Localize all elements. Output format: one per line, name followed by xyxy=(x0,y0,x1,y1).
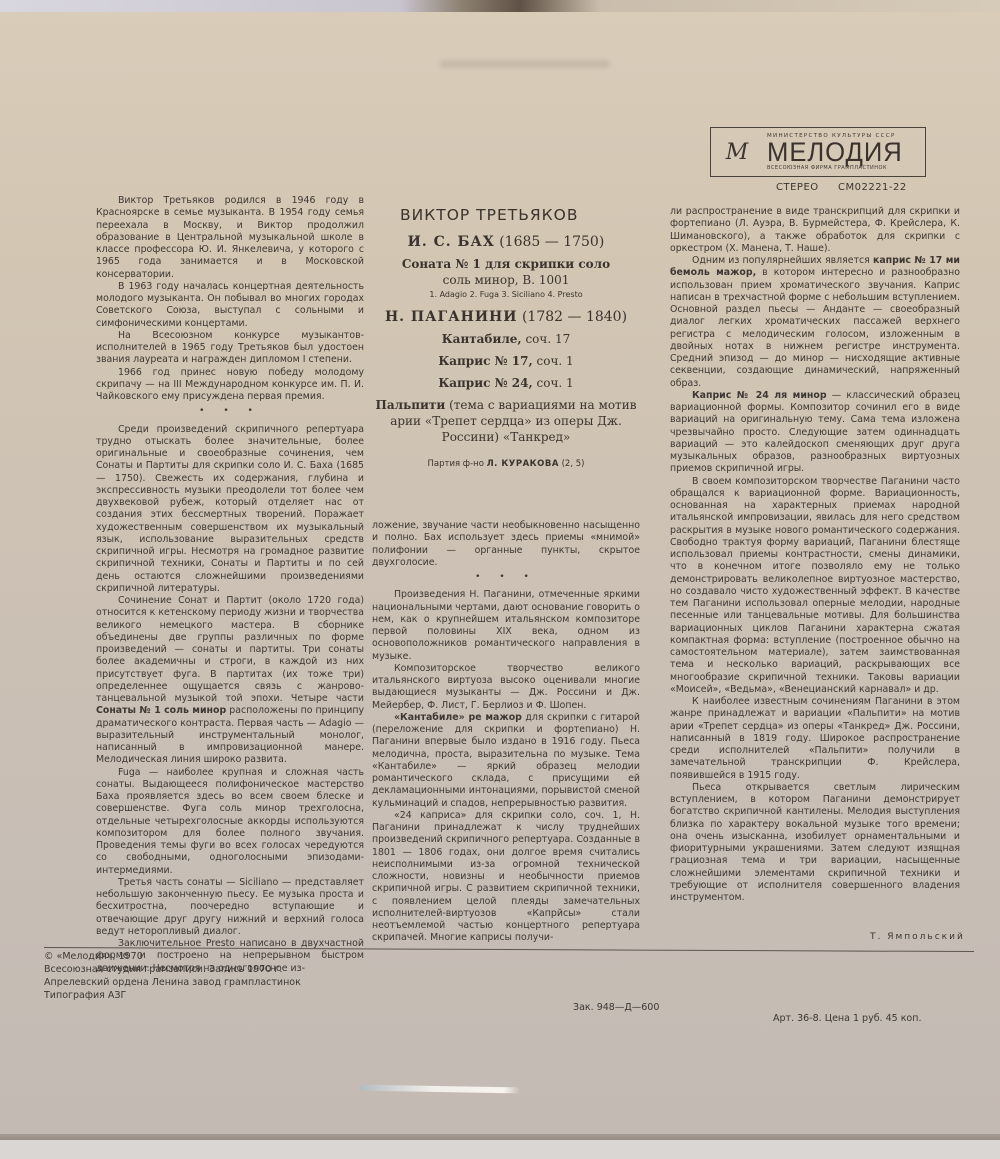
program-block: ВИКТОР ТРЕТЬЯКОВ И. С. БАХ (1685 — 1750)… xyxy=(372,196,640,469)
plant-credit: Апрелевский ордена Ленина завод грамплас… xyxy=(44,976,301,989)
studio-credit: Всесоюзная студия грамзаписи. Запись 197… xyxy=(44,963,301,976)
stereo-label: СТЕРЕО xyxy=(776,182,819,193)
catalog-number: СМ02221-22 xyxy=(838,182,907,193)
composer-name: Н. ПАГАНИНИ xyxy=(385,309,518,325)
paganini-work-palpiti: Пальпити (тема с вариациями на мотив ари… xyxy=(372,397,640,445)
notes-text: в котором интересно и разнообразно испол… xyxy=(670,267,960,388)
notes-paragraph: Композиторское творчество великого италь… xyxy=(372,663,640,712)
notes-text: для скрипки с гитарой (переложение для с… xyxy=(372,712,640,809)
work-title: Пальпити xyxy=(376,398,446,412)
bio-paragraph: В 1963 году началась концертная деятельн… xyxy=(96,281,364,330)
notes-paragraph: Каприс № 24 ля минор — классический обра… xyxy=(670,390,960,476)
notes-emphasis: Каприс № 24 ля минор xyxy=(692,390,827,401)
separator-dots: • • • xyxy=(96,405,364,417)
notes-emphasis: «Кантабиле» ре мажор xyxy=(394,712,522,723)
column-right: ли распространение в виде транскрипций д… xyxy=(670,206,960,904)
notes-paragraph: К наиболее известным сочинениям Паганини… xyxy=(670,696,960,782)
column-middle: ложение, звучание части необыкновенно на… xyxy=(372,520,640,945)
bio-paragraph: На Всесоюзном конкурсе музыкантов-исполн… xyxy=(96,330,364,367)
composer-name: И. С. БАХ xyxy=(408,234,495,250)
work-title: Каприс № 24, xyxy=(438,376,532,390)
background-bottom xyxy=(0,1140,1000,1159)
bio-paragraph: Виктор Третьяков родился в 1946 году в К… xyxy=(96,195,364,281)
composer-years: (1685 — 1750) xyxy=(499,234,604,250)
paper-stain xyxy=(440,60,610,68)
bach-movements: 1. Adagio 2. Fuga 3. Siciliano 4. Presto xyxy=(372,290,640,299)
printer-credit: Типография АЗГ xyxy=(44,989,301,1002)
melodiya-logo: M Министерство культуры СССР МЕЛОДИЯ Все… xyxy=(710,127,926,177)
column-left: Виктор Третьяков родился в 1946 году в К… xyxy=(96,195,364,975)
work-opus: соч. 1 xyxy=(537,354,574,368)
notes-paragraph: Сочинение Сонат и Партит (около 1720 год… xyxy=(96,595,364,767)
notes-paragraph: ли распространение в виде транскрипций д… xyxy=(670,206,960,255)
notes-emphasis: Сонаты № 1 соль минор xyxy=(96,705,226,716)
work-title: Соната № 1 для скрипки соло xyxy=(402,257,610,271)
notes-text: Одним из популярнейших является xyxy=(692,255,870,266)
author-signature: Т. Ямпольский xyxy=(870,932,965,942)
piano-credit-tracks: (2, 5) xyxy=(562,459,585,469)
logo-name: МЕЛОДИЯ xyxy=(767,139,913,165)
separator-dots: • • • xyxy=(372,571,640,583)
paganini-work: Кантабиле, соч. 17 xyxy=(372,331,640,347)
notes-paragraph: «Кантабиле» ре мажор для скрипки с гитар… xyxy=(372,712,640,810)
composer-bach: И. С. БАХ (1685 — 1750) xyxy=(372,234,640,250)
notes-paragraph: «24 каприса» для скрипки соло, соч. 1, Н… xyxy=(372,810,640,945)
price-label: Арт. 36-8. Цена 1 руб. 45 коп. xyxy=(773,1013,921,1024)
notes-paragraph: Пьеса открывается светлым лирическим вст… xyxy=(670,782,960,905)
notes-paragraph: Третья часть сонаты — Siciliano — предст… xyxy=(96,877,364,938)
work-title: Кантабиле, xyxy=(442,332,522,346)
order-number: Зак. 948—Д—600 xyxy=(573,1002,659,1013)
notes-paragraph: Произведения Н. Паганини, отмеченные ярк… xyxy=(372,589,640,663)
melodiya-emblem-icon: M xyxy=(711,128,763,176)
work-opus: соч. 17 xyxy=(525,332,570,346)
bio-paragraph: 1966 год принес новую победу молодому ск… xyxy=(96,367,364,404)
notes-paragraph: Одним из популярнейших является каприс №… xyxy=(670,255,960,390)
composer-years: (1782 — 1840) xyxy=(522,309,627,325)
work-title: Каприс № 17, xyxy=(438,354,532,368)
piano-credit-label: Партия ф-но xyxy=(428,459,484,469)
notes-paragraph: Fuga — наиболее крупная и сложная часть … xyxy=(96,767,364,877)
work-key: соль минор, В. 1001 xyxy=(443,273,570,287)
piano-credit: Партия ф-но Л. КУРАКОВА (2, 5) xyxy=(372,459,640,469)
imprint-block: © «Мелодия», 1970 Всесоюзная студия грам… xyxy=(44,950,301,1002)
performer-name: ВИКТОР ТРЕТЬЯКОВ xyxy=(372,206,640,224)
copyright: © «Мелодия», 1970 xyxy=(44,950,301,963)
bach-work: Соната № 1 для скрипки соло соль минор, … xyxy=(372,256,640,288)
notes-paragraph: Среди произведений скрипичного репертуар… xyxy=(96,424,364,596)
work-opus: соч. 1 xyxy=(537,376,574,390)
composer-paganini: Н. ПАГАНИНИ (1782 — 1840) xyxy=(372,309,640,325)
notes-paragraph: В своем композиторском творчестве Пагани… xyxy=(670,476,960,697)
notes-text: Сочинение Сонат и Партит (около 1720 год… xyxy=(96,595,364,704)
logo-text: Министерство культуры СССР МЕЛОДИЯ Всесо… xyxy=(763,128,925,176)
pianist-name: Л. КУРАКОВА xyxy=(487,459,559,469)
paganini-work: Каприс № 17, соч. 1 xyxy=(372,353,640,369)
notes-paragraph: ложение, звучание части необыкновенно на… xyxy=(372,520,640,569)
paganini-work: Каприс № 24, соч. 1 xyxy=(372,375,640,391)
notes-text: — классический образец вариационной форм… xyxy=(670,390,960,475)
